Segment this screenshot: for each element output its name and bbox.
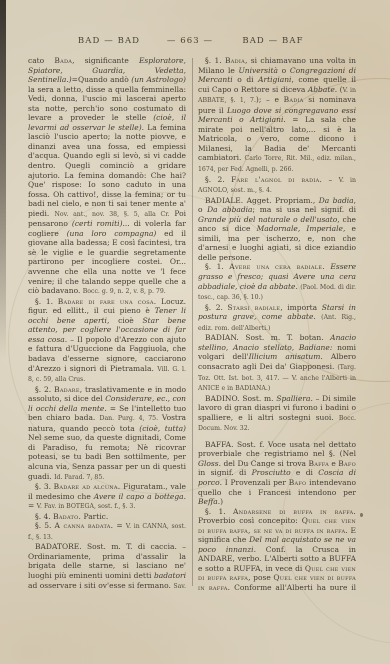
paragraph: §. 1. Andarsene di buffa in raffa. Prove… xyxy=(198,507,356,590)
paragraph: §. 1. Badia, si chiamavano una volta in … xyxy=(198,56,356,175)
running-head: BAD — BAD — 663 — BAD — BAF xyxy=(0,36,390,50)
paragraph: BADIAN. Sost. m. T. botan. Anacio stelli… xyxy=(198,333,356,393)
column-rule xyxy=(192,58,193,586)
paragraph: §. 5. A canna badata. = V. in CANNA, sos… xyxy=(28,521,186,542)
paragraph: §. 4. Badato. Partic. xyxy=(28,512,186,522)
running-head-right: BAD — BAF xyxy=(194,36,352,46)
paragraph: §. 1. Avere una cera badiale. Essere gra… xyxy=(198,262,356,302)
text-column-right: §. 1. Badia, si chiamavano una volta in … xyxy=(198,56,356,590)
text-column-left: cato Bada, significante Esploratore, Spi… xyxy=(28,56,186,590)
paragraph: §. 2. Badare, traslativamente e in modo … xyxy=(28,385,186,482)
paragraph: §. 2. Starsi badiale, importa Starsi in … xyxy=(198,303,356,334)
paragraph: BADIALE. Agget. Propriam., Da badia, o D… xyxy=(198,196,356,263)
paragraph: BADINO. Sost. m. Spalliera. – Di simile … xyxy=(198,394,356,434)
ink-speck xyxy=(360,513,363,517)
book-page-scan: BAD — BAD — 663 — BAD — BAF cato Bada, s… xyxy=(0,0,390,664)
paragraph: §. 2. Fare l'agnol di badia. – V. in AGN… xyxy=(198,175,356,196)
paragraph: §. 1. Badare di fare una cosa. Locuz. fi… xyxy=(28,297,186,385)
paragraph: cato Bada, significante Esploratore, Spi… xyxy=(28,56,186,297)
paragraph: BAFFA. Sost. f. Voce usata nel dettato p… xyxy=(198,440,356,507)
paragraph: §. 3. Badare ad alcuna. Figuratam., vale… xyxy=(28,482,186,512)
paragraph: BADATORE. Sost. m. T. di caccia. – Ordin… xyxy=(28,542,186,590)
binding-gutter-shadow xyxy=(0,0,6,360)
text-block: cato Bada, significante Esploratore, Spi… xyxy=(28,56,354,590)
